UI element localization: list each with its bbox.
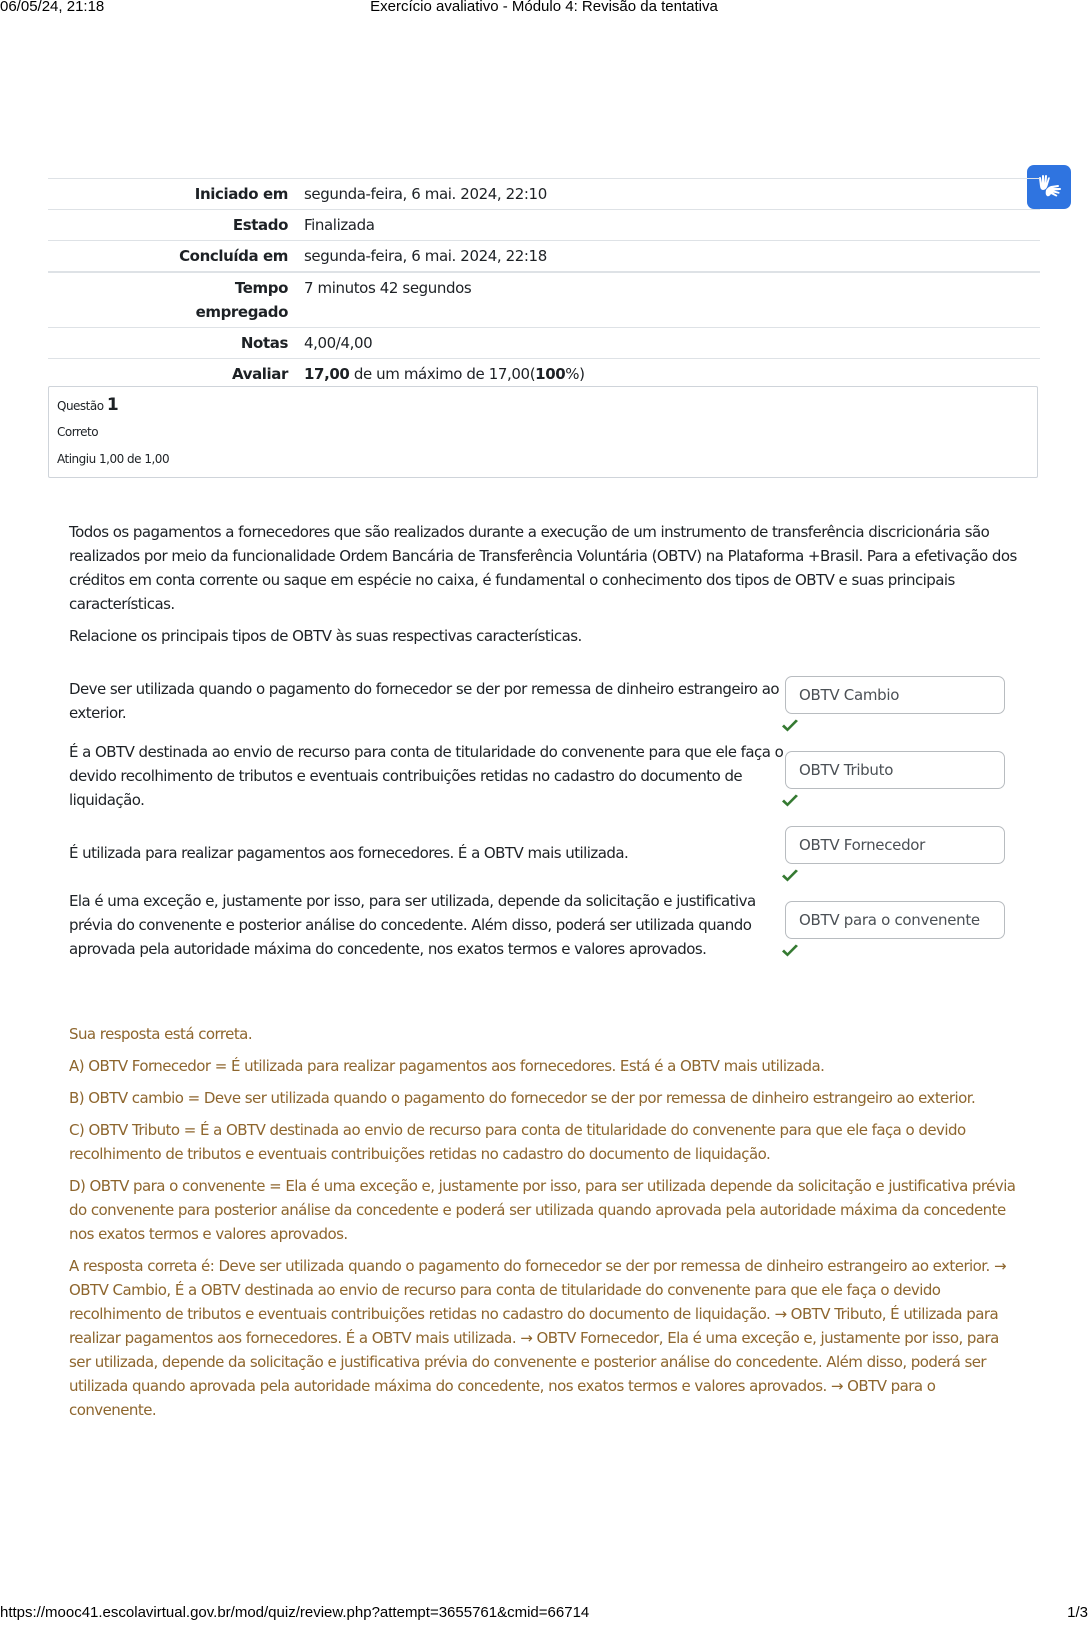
match-stem-2: É a OBTV destinada ao envio de recurso p… <box>69 740 789 812</box>
summary-row-state: Estado Finalizada <box>48 210 1040 241</box>
summary-label: Iniciado em <box>48 179 296 210</box>
summary-value: segunda-feira, 6 mai. 2024, 22:18 <box>296 241 1040 273</box>
feedback-item-d: D) OBTV para o convenente = Ela é uma ex… <box>69 1174 1019 1246</box>
correct-check-icon <box>781 794 799 808</box>
print-datetime: 06/05/24, 21:18 <box>0 0 104 15</box>
question-info: Questão 1 Correto Atingiu 1,00 de 1,00 <box>48 386 1038 478</box>
summary-row-grade: Avaliar 17,00 de um máximo de 17,00(100%… <box>48 359 1040 389</box>
question-text: Todos os pagamentos a fornecedores que s… <box>69 520 1019 656</box>
summary-label: Estado <box>48 210 296 241</box>
question-instruction: Relacione os principais tipos de OBTV às… <box>69 624 1019 648</box>
print-header: Exercício avaliativo - Módulo 4: Revisão… <box>0 0 1088 18</box>
summary-row-started: Iniciado em segunda-feira, 6 mai. 2024, … <box>48 179 1040 210</box>
question-intro: Todos os pagamentos a fornecedores que s… <box>69 520 1019 616</box>
summary-label: Tempo empregado <box>48 272 296 328</box>
summary-row-marks: Notas 4,00/4,00 <box>48 328 1040 359</box>
question-state: Correto <box>57 418 1029 446</box>
page-title: Exercício avaliativo - Módulo 4: Revisão… <box>0 0 1088 15</box>
correct-check-icon <box>781 869 799 883</box>
match-answer-select-3[interactable]: OBTV Fornecedor <box>785 826 1005 864</box>
print-footer: https://mooc41.escolavirtual.gov.br/mod/… <box>0 1604 1088 1624</box>
summary-value: segunda-feira, 6 mai. 2024, 22:10 <box>296 179 1040 210</box>
question-number: Questão 1 <box>57 393 1029 418</box>
match-answer-select-1[interactable]: OBTV Cambio <box>785 676 1005 714</box>
match-stem-1: Deve ser utilizada quando o pagamento do… <box>69 677 789 725</box>
match-answer-select-4[interactable]: OBTV para o convenente <box>785 901 1005 939</box>
summary-label: Concluída em <box>48 241 296 273</box>
feedback-item-c: C) OBTV Tributo = É a OBTV destinada ao … <box>69 1118 1019 1166</box>
summary-row-completed: Concluída em segunda-feira, 6 mai. 2024,… <box>48 241 1040 273</box>
grade-suffix: %) <box>565 365 584 383</box>
feedback-status: Sua resposta está correta. <box>69 1022 1019 1046</box>
summary-label: Avaliar <box>48 359 296 389</box>
summary-value: 4,00/4,00 <box>296 328 1040 359</box>
summary-label: Notas <box>48 328 296 359</box>
match-stem-3: É utilizada para realizar pagamentos aos… <box>69 841 789 865</box>
grade-percent: 100 <box>535 365 565 383</box>
correct-check-icon <box>781 719 799 733</box>
feedback-item-a: A) OBTV Fornecedor = É utilizada para re… <box>69 1054 1019 1078</box>
feedback: Sua resposta está correta. A) OBTV Forne… <box>69 1022 1019 1430</box>
match-answer-select-2[interactable]: OBTV Tributo <box>785 751 1005 789</box>
attempt-summary-table: Iniciado em segunda-feira, 6 mai. 2024, … <box>48 178 1040 388</box>
question-number-value: 1 <box>107 395 118 415</box>
question-grade: Atingiu 1,00 de 1,00 <box>57 446 1029 472</box>
summary-row-time-taken: Tempo empregado 7 minutos 42 segundos <box>48 272 1040 328</box>
feedback-item-b: B) OBTV cambio = Deve ser utilizada quan… <box>69 1086 1019 1110</box>
question-label: Questão <box>57 399 104 413</box>
summary-value: 17,00 de um máximo de 17,00(100%) <box>296 359 1040 389</box>
grade-middle: de um máximo de 17,00( <box>349 365 535 383</box>
match-stem-4: Ela é uma exceção e, justamente por isso… <box>69 889 789 961</box>
summary-value: 7 minutos 42 segundos <box>296 272 1040 328</box>
correct-check-icon <box>781 944 799 958</box>
summary-value: Finalizada <box>296 210 1040 241</box>
page-url: https://mooc41.escolavirtual.gov.br/mod/… <box>0 1604 589 1621</box>
feedback-right-answer: A resposta correta é: Deve ser utilizada… <box>69 1254 1019 1422</box>
grade-score: 17,00 <box>304 365 349 383</box>
page-count: 1/3 <box>1067 1604 1088 1621</box>
